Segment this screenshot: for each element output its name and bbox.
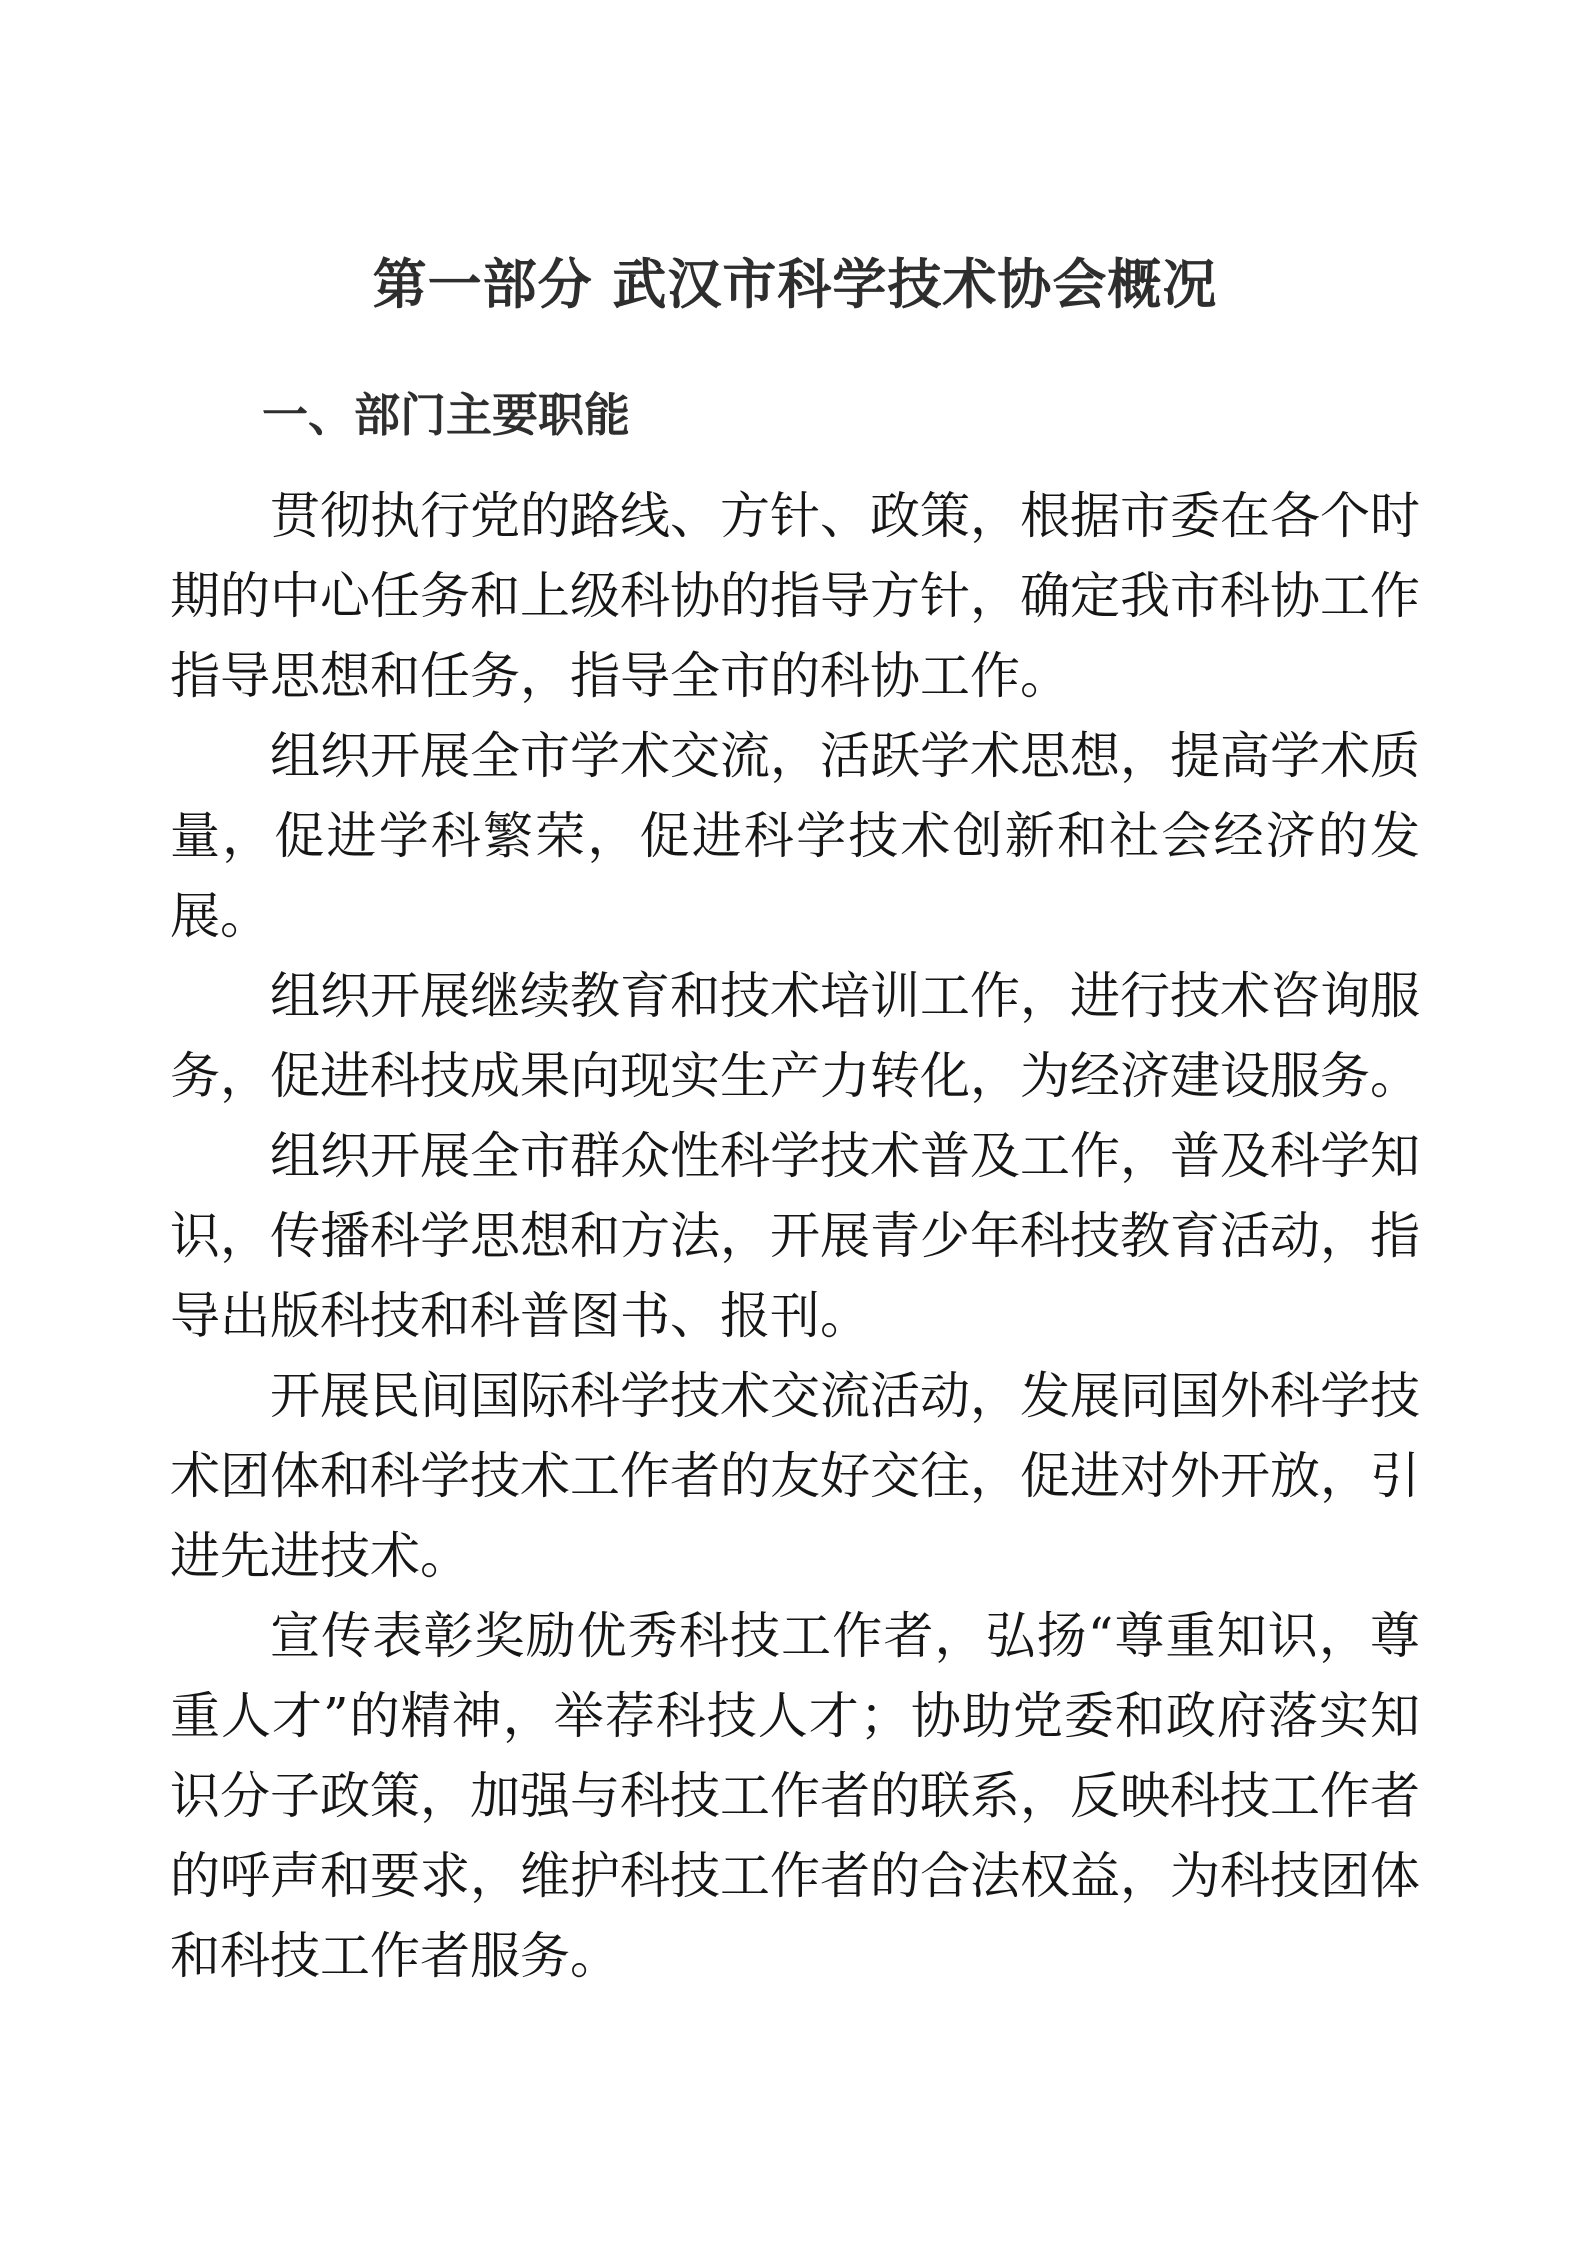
document-page: 第一部分 武汉市科学技术协会概况 一、部门主要职能 贯彻执行党的路线、方针、政策… <box>0 0 1588 2246</box>
paragraph: 宣传表彰奖励优秀科技工作者，弘扬“尊重知识，尊重人才”的精神，举荐科技人才；协助… <box>170 1596 1420 1996</box>
body-text-block: 贯彻执行党的路线、方针、政策，根据市委在各个时期的中心任务和上级科协的指导方针，… <box>170 476 1420 1996</box>
paragraph: 组织开展继续教育和技术培训工作，进行技术咨询服务，促进科技成果向现实生产力转化，… <box>170 956 1420 1116</box>
paragraph: 开展民间国际科学技术交流活动，发展同国外科学技术团体和科学技术工作者的友好交往，… <box>170 1356 1420 1596</box>
paragraph: 贯彻执行党的路线、方针、政策，根据市委在各个时期的中心任务和上级科协的指导方针，… <box>170 476 1420 716</box>
document-title: 第一部分 武汉市科学技术协会概况 <box>170 0 1420 318</box>
section-heading: 一、部门主要职能 <box>170 390 1420 440</box>
paragraph: 组织开展全市群众性科学技术普及工作，普及科学知识，传播科学思想和方法，开展青少年… <box>170 1116 1420 1356</box>
paragraph: 组织开展全市学术交流，活跃学术思想，提高学术质量，促进学科繁荣，促进科学技术创新… <box>170 716 1420 956</box>
